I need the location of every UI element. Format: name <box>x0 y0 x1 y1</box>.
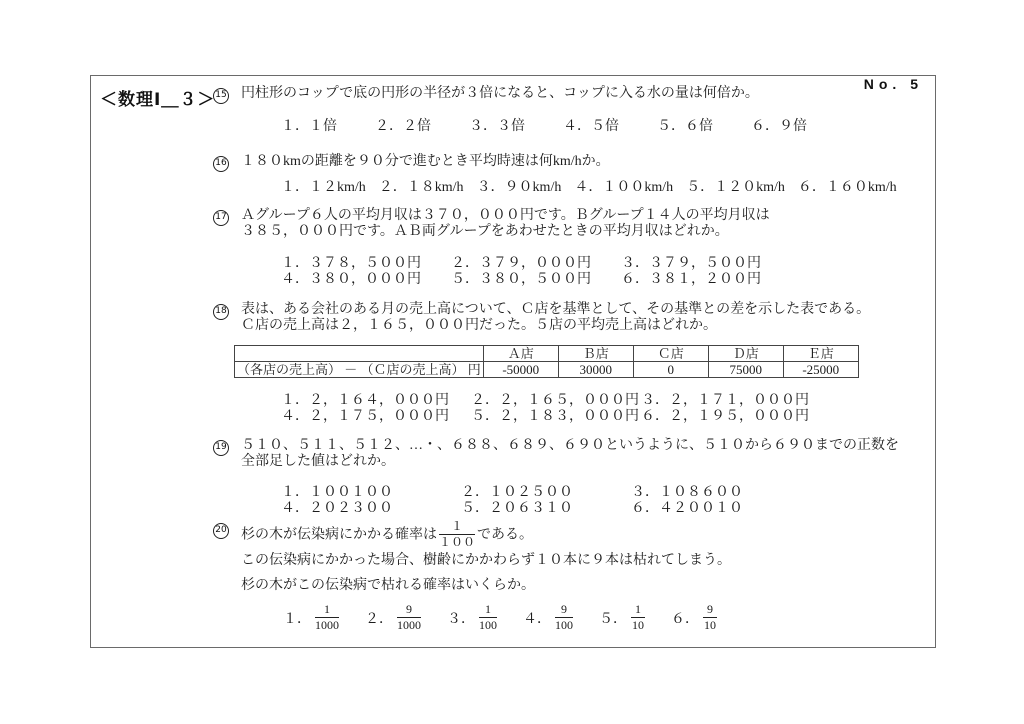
question-18: 18 表は、ある会社のある月の売上高について、Ｃ店を基準として、その基準との差を… <box>213 302 929 425</box>
question-number-badge: 15 <box>213 86 241 135</box>
choice-item: ２．１０２５００ <box>461 485 631 501</box>
table-cell: -50000 <box>483 362 558 378</box>
table-cell: 75000 <box>708 362 783 378</box>
table-corner-cell <box>235 346 484 362</box>
choices-grid: １．１００１００ ２．１０２５００ ３．１０８６００ ４．２０２３００ ５．２０… <box>241 485 929 517</box>
choice-item: ４．１００km/h <box>574 180 673 196</box>
question-text-line: 円柱形のコップで底の円形の半径が３倍になると、コップに入る水の量は何倍か。 <box>241 86 929 102</box>
choice-item: ６．３８１，２００円 <box>621 272 929 288</box>
choice-item: １．３７８，５００円 <box>281 256 451 272</box>
question-number-badge: 20 <box>213 521 241 632</box>
choice-label: ２． <box>365 608 393 628</box>
fraction: 91000 <box>397 603 421 631</box>
question-19: 19 ５１０、５１１、５１２、…・、６８８、６８９、６９０というように、５１０か… <box>213 438 929 517</box>
choice-label: ４． <box>523 608 551 628</box>
choice-item: ２．３７９，０００円 <box>451 256 621 272</box>
table-data-row: （各店の売上高） － （Ｃ店の売上高） 円 -50000 30000 0 750… <box>235 362 859 378</box>
fraction-numerator: 1 <box>479 603 497 618</box>
choice-item: ６．９倍 <box>751 119 807 135</box>
choice-label: １． <box>283 608 311 628</box>
choice-label: ６． <box>671 608 699 628</box>
choice-item: ６．１６０km/h <box>798 180 897 196</box>
choice-item: ５．６倍 <box>657 119 713 135</box>
question-text-line: ５１０、５１１、５１２、…・、６８８、６８９、６９０というように、５１０から６９… <box>241 438 929 454</box>
table-column-header: Ｄ店 <box>708 346 783 362</box>
fraction-numerator: 9 <box>703 603 717 618</box>
choice-item: ２．91000 <box>365 604 423 632</box>
circled-number-icon: 17 <box>213 210 229 226</box>
document-page: No. 5 ＜数理Ⅰ＿３＞ 15 円柱形のコップで底の円形の半径が３倍になると、… <box>0 0 1024 724</box>
choice-item: ３．２，１７１，０００円 <box>641 393 929 409</box>
choice-item: ６．910 <box>671 604 719 632</box>
choice-item: ５．２，１８３，０００円 <box>471 409 641 425</box>
question-number-badge: 19 <box>213 438 241 517</box>
fraction-denominator: 1000 <box>397 618 421 632</box>
question-text-line: 杉の木が伝染病にかかる確率は１１００である。 <box>241 521 929 549</box>
circled-number-icon: 18 <box>213 304 229 320</box>
choice-item: ４．５倍 <box>563 119 619 135</box>
choice-item: １．１２km/h <box>281 180 366 196</box>
choice-item: １．２，１６４，０００円 <box>281 393 471 409</box>
choice-item: １．11000 <box>283 604 341 632</box>
fraction: 9100 <box>555 603 573 631</box>
question-number-badge: 17 <box>213 208 241 288</box>
page-title: ＜数理Ⅰ＿３＞ <box>100 85 215 110</box>
table-cell: 30000 <box>558 362 633 378</box>
question-16: 16 １８０kmの距離を９０分で進むとき平均時速は何km/hか。 １．１２km/… <box>213 154 929 196</box>
fraction: １１００ <box>439 520 475 548</box>
choice-item: ５．１２０km/h <box>686 180 785 196</box>
question-20: 20 杉の木が伝染病にかかる確率は１１００である。 この伝染病にかかった場合、樹… <box>213 521 929 632</box>
fraction-denominator: 100 <box>555 618 573 632</box>
choice-item: ２．２，１６５，０００円 <box>471 393 641 409</box>
choice-item: ４．9100 <box>523 604 575 632</box>
question-text-line: この伝染病にかかった場合、樹齢にかかわらず１０本に９本は枯れてしまう。 <box>241 553 929 569</box>
fraction-denominator: 10 <box>703 618 717 632</box>
choices-row: １．１２km/h ２．１８km/h ３．９０km/h ４．１００km/h ５．１… <box>241 180 929 196</box>
choice-item: ４．２，１７５，０００円 <box>281 409 471 425</box>
choice-label: ５． <box>599 608 627 628</box>
question-text-line: Ｃ店の売上高は２，１６５，０００円だった。５店の平均売上高はどれか。 <box>241 318 929 334</box>
fraction-numerator: 9 <box>397 603 421 618</box>
fraction-denominator: 1000 <box>315 618 339 632</box>
question-number-badge: 16 <box>213 154 241 196</box>
circled-number-icon: 15 <box>213 88 229 104</box>
choice-item: ４．３８０，０００円 <box>281 272 451 288</box>
choice-item: ３．３７９，５００円 <box>621 256 929 272</box>
table-column-header: Ｅ店 <box>783 346 858 362</box>
table-cell: -25000 <box>783 362 858 378</box>
table-column-header: Ｃ店 <box>633 346 708 362</box>
choice-item: ２．１８km/h <box>379 180 464 196</box>
fraction-denominator: １００ <box>439 535 475 549</box>
sales-comparison-table: Ａ店 Ｂ店 Ｃ店 Ｄ店 Ｅ店 （各店の売上高） － （Ｃ店の売上高） 円 -50… <box>234 345 859 378</box>
question-text-line: １８０kmの距離を９０分で進むとき平均時速は何km/hか。 <box>241 154 929 170</box>
choices-row: １．11000 ２．91000 ３．1100 ４．9100 ５．110 ６．91… <box>241 604 929 632</box>
fraction-numerator: １ <box>439 520 475 535</box>
statement-pre-text: 杉の木が伝染病にかかる確率は <box>241 527 437 542</box>
table-header-row: Ａ店 Ｂ店 Ｃ店 Ｄ店 Ｅ店 <box>235 346 859 362</box>
circled-number-icon: 16 <box>213 156 229 172</box>
question-text-line: 杉の木がこの伝染病で枯れる確率はいくらか。 <box>241 578 929 594</box>
choice-item: ５．２０６３１０ <box>461 501 631 517</box>
fraction: 910 <box>703 603 717 631</box>
choice-item: ３．１０８６００ <box>631 485 929 501</box>
choice-item: ３．９０km/h <box>477 180 562 196</box>
choices-row: １．１倍 ２．２倍 ３．３倍 ４．５倍 ５．６倍 ６．９倍 <box>241 119 929 135</box>
fraction-numerator: 9 <box>555 603 573 618</box>
question-17: 17 Ａグループ６人の平均月収は３７０，０００円です。Ｂグループ１４人の平均月収… <box>213 208 929 288</box>
fraction-numerator: 1 <box>315 603 339 618</box>
choice-item: ３．３倍 <box>469 119 525 135</box>
choice-item: ６．４２００１０ <box>631 501 929 517</box>
fraction: 11000 <box>315 603 339 631</box>
circled-number-icon: 19 <box>213 440 229 456</box>
questions-list: 15 円柱形のコップで底の円形の半径が３倍になると、コップに入る水の量は何倍か。… <box>213 86 929 632</box>
question-text-line: Ａグループ６人の平均月収は３７０，０００円です。Ｂグループ１４人の平均月収は <box>241 208 929 224</box>
table-column-header: Ａ店 <box>483 346 558 362</box>
choice-item: ３．1100 <box>447 604 499 632</box>
choice-item: １．１００１００ <box>281 485 461 501</box>
fraction-denominator: 100 <box>479 618 497 632</box>
table-row-header: （各店の売上高） － （Ｃ店の売上高） 円 <box>235 362 484 378</box>
question-15: 15 円柱形のコップで底の円形の半径が３倍になると、コップに入る水の量は何倍か。… <box>213 86 929 135</box>
fraction-denominator: 10 <box>631 618 645 632</box>
choice-item: １．１倍 <box>281 119 337 135</box>
question-text-line: 表は、ある会社のある月の売上高について、Ｃ店を基準として、その基準との差を示した… <box>241 302 929 318</box>
choice-item: ５．３８０，５００円 <box>451 272 621 288</box>
choices-grid: １．３７８，５００円 ２．３７９，０００円 ３．３７９，５００円 ４．３８０，０… <box>241 256 929 288</box>
test-sheet-border: No. 5 ＜数理Ⅰ＿３＞ 15 円柱形のコップで底の円形の半径が３倍になると、… <box>90 75 936 648</box>
circled-number-icon: 20 <box>213 523 229 539</box>
question-text-line: ３８５，０００円です。ＡＢ両グループをあわせたときの平均月収はどれか。 <box>241 224 929 240</box>
fraction: 110 <box>631 603 645 631</box>
choice-item: ２．２倍 <box>375 119 431 135</box>
question-text-line: 全部足した値はどれか。 <box>241 454 929 470</box>
table-cell: 0 <box>633 362 708 378</box>
choice-label: ３． <box>447 608 475 628</box>
choices-grid: １．２，１６４，０００円 ２．２，１６５，０００円 ３．２，１７１，０００円 ４… <box>241 393 929 425</box>
table-column-header: Ｂ店 <box>558 346 633 362</box>
choice-item: ６．２，１９５，０００円 <box>641 409 929 425</box>
fraction-numerator: 1 <box>631 603 645 618</box>
statement-post-text: である。 <box>477 527 533 542</box>
fraction: 1100 <box>479 603 497 631</box>
choice-item: ４．２０２３００ <box>281 501 461 517</box>
choice-item: ５．110 <box>599 604 647 632</box>
